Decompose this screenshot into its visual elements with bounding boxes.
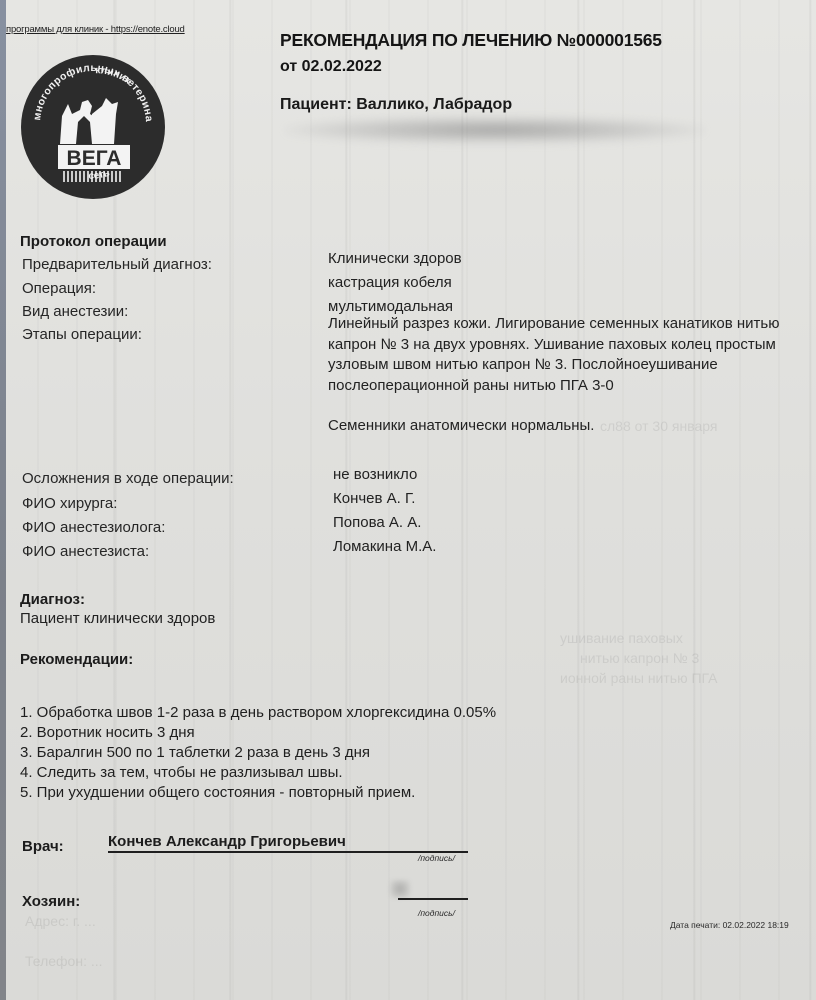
surgeon-value: Кончев А. Г.: [333, 490, 415, 507]
document-date: от 02.02.2022: [280, 58, 382, 76]
bleed-through-text: нитью капрон № 3: [580, 650, 699, 666]
print-date: Дата печати: 02.02.2022 18:19: [670, 920, 789, 930]
recommendations-heading: Рекомендации:: [20, 651, 133, 668]
protocol-heading: Протокол операции: [20, 233, 167, 250]
recommendation-item: 5. При ухудшении общего состояния - повт…: [20, 783, 496, 803]
doctor-label: Врач:: [22, 838, 64, 855]
diagnosis-text: Пациент клинически здоров: [20, 610, 215, 627]
owner-signature-line: [398, 898, 468, 900]
owner-label: Хозяин:: [22, 893, 80, 910]
operation-steps-note: Семенники анатомически нормальны.: [328, 416, 798, 437]
bleed-through-text: Телефон: ...: [25, 953, 103, 969]
recommendation-item: 3. Баралгин 500 по 1 таблетки 2 раза в д…: [20, 743, 496, 763]
anesthesiologist-value: Попова А. А.: [333, 514, 421, 531]
operation-value: кастрация кобеля: [328, 274, 452, 291]
prelim-diagnosis-label: Предварительный диагноз:: [22, 256, 212, 273]
doctor-signature-line: [108, 851, 468, 853]
anesthetist-label: ФИО анестезиста:: [22, 543, 149, 560]
smudge: [390, 880, 410, 898]
operation-label: Операция:: [22, 280, 96, 297]
recommendation-item: 1. Обработка швов 1-2 раза в день раство…: [20, 703, 496, 723]
recommendation-item: 4. Следить за тем, чтобы не разлизывал ш…: [20, 763, 496, 783]
operation-steps-value: Линейный разрез кожи. Лигирование семенн…: [328, 314, 798, 437]
recommendation-item: 2. Воротник носить 3 дня: [20, 723, 496, 743]
svg-text:ВЕГА: ВЕГА: [67, 147, 122, 170]
anesthetist-value: Ломакина М.А.: [333, 538, 436, 555]
document-title: РЕКОМЕНДАЦИЯ ПО ЛЕЧЕНИЮ №000001565: [280, 30, 662, 51]
document-page: сл88 от 30 января ушивание паховых нитью…: [0, 0, 816, 1000]
patient-name: Пациент: Валлико, Лабрадор: [280, 96, 512, 114]
anesthesia-label: Вид анестезии:: [22, 303, 128, 320]
bleed-through-text: Адрес: г. ...: [25, 913, 96, 929]
bleed-through-text: ионной раны нитью ПГА: [560, 670, 718, 686]
bleed-through-text: ушивание паховых: [560, 630, 683, 646]
anesthesiologist-label: ФИО анестезиолога:: [22, 519, 165, 536]
doctor-signature-caption: /подпись/: [418, 853, 455, 863]
page-edge-shadow: [0, 0, 6, 1000]
diagnosis-heading: Диагноз:: [20, 591, 85, 608]
complications-label: Осложнения в ходе операции:: [22, 470, 234, 487]
anesthesia-value: мультимодальная: [328, 298, 453, 315]
owner-signature-caption: /подпись/: [418, 908, 455, 918]
redacted-owner-info: [285, 116, 705, 144]
operation-steps-label: Этапы операции:: [22, 326, 142, 343]
promo-link[interactable]: программы для клиник - https://enote.clo…: [6, 24, 185, 35]
operation-steps-text: Линейный разрез кожи. Лигирование семенн…: [328, 314, 798, 396]
surgeon-label: ФИО хирурга:: [22, 495, 117, 512]
prelim-diagnosis-value: Клинически здоров: [328, 250, 462, 267]
complications-value: не возникло: [333, 466, 417, 483]
recommendations-list: 1. Обработка швов 1-2 раза в день раство…: [20, 703, 496, 803]
doctor-name: Кончев Александр Григорьевич: [108, 833, 346, 850]
vega-clinic-logo-icon: многопрофильных ветеринарных сеть клиник…: [18, 44, 168, 204]
